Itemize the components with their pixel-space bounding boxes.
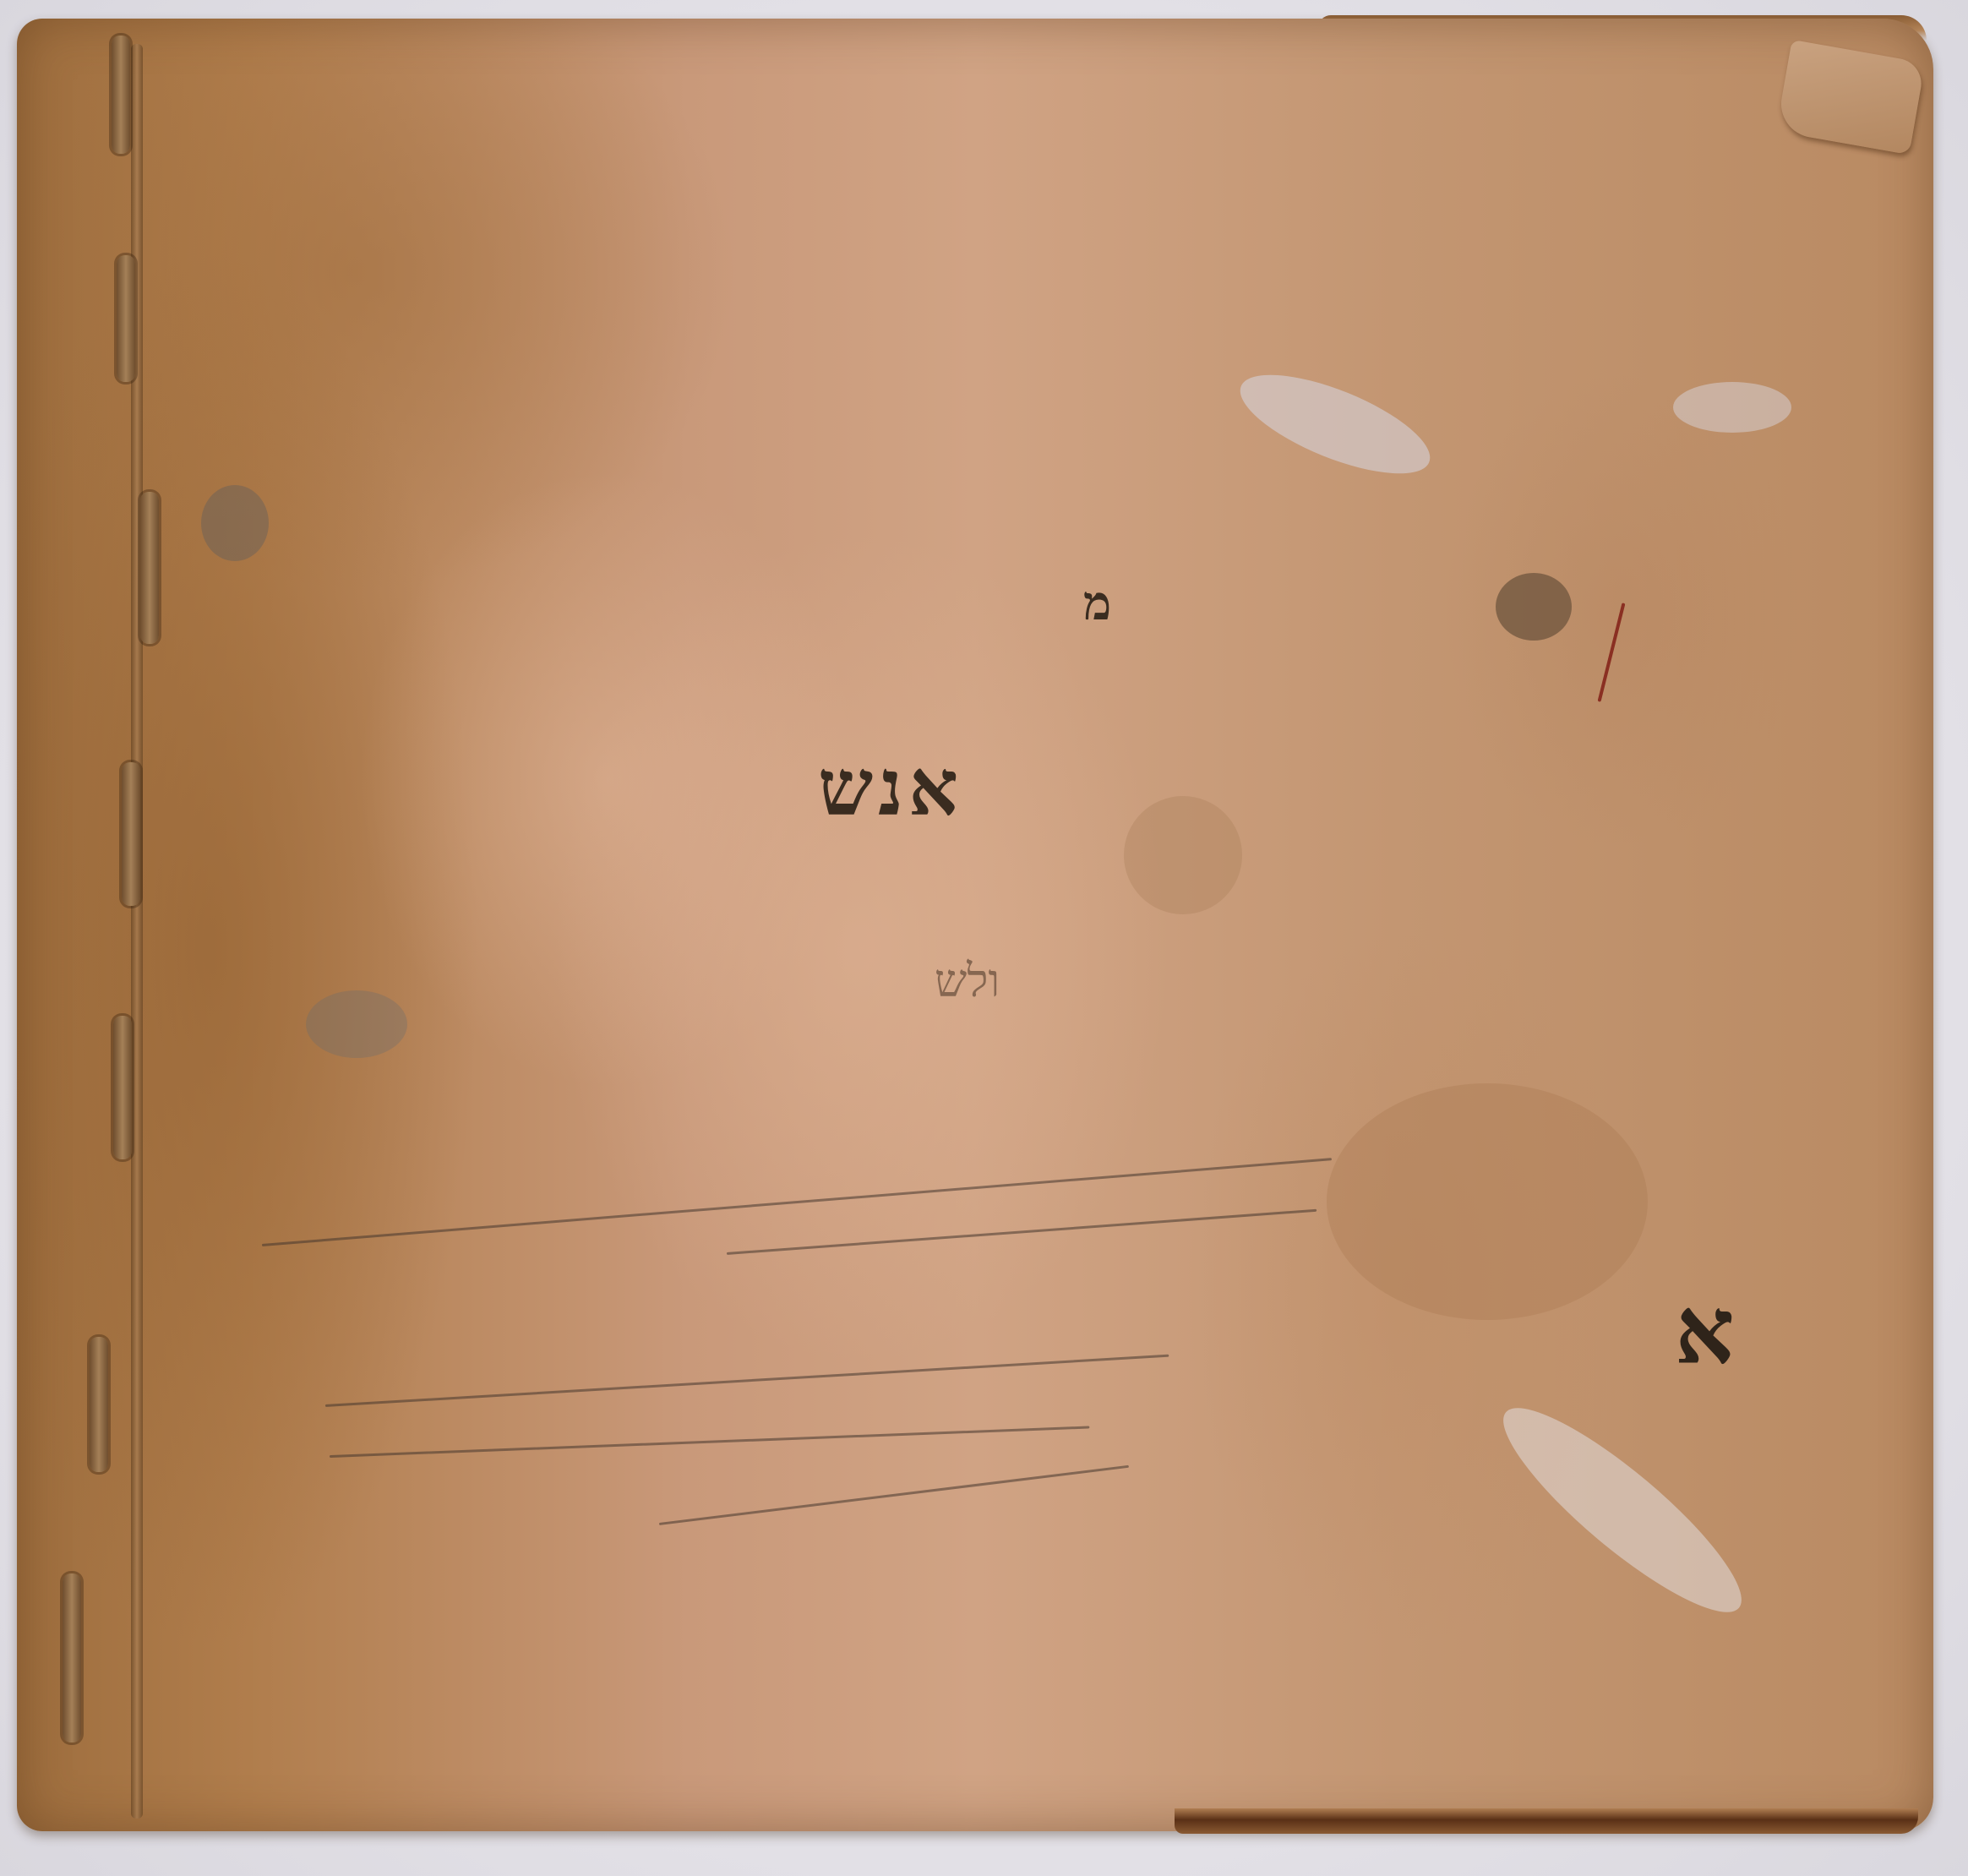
worn-patch [1481,1383,1764,1637]
ruling-line [325,1355,1169,1407]
red-ink-mark [1598,603,1626,701]
binding-stitch [140,492,159,644]
binding-stitch [113,1016,132,1159]
ruling-line [727,1209,1317,1255]
binding-stitch [122,762,140,906]
inscription-main: אנש [818,749,963,826]
ruling-line [659,1465,1129,1525]
water-stain [1124,796,1242,914]
inscription-faint: ולש [935,958,1000,1004]
worn-patch [1229,355,1442,494]
bottom-page-edge [1175,1808,1918,1834]
inscription-lower-right: א [1675,1284,1735,1377]
worn-patch [1673,382,1791,433]
manuscript-cover [17,19,1933,1831]
inscription-upper: מ [1083,580,1111,627]
binding-stitch [112,35,130,154]
water-stain [1327,1083,1648,1320]
binding-stitch [63,1573,81,1742]
ruling-line [330,1426,1089,1458]
ruling-line [262,1158,1332,1246]
ink-stain [201,485,269,561]
ink-stain [1496,573,1572,641]
binding-stitch [117,255,135,382]
ink-stain [306,990,407,1058]
binding-stitch [90,1337,108,1472]
